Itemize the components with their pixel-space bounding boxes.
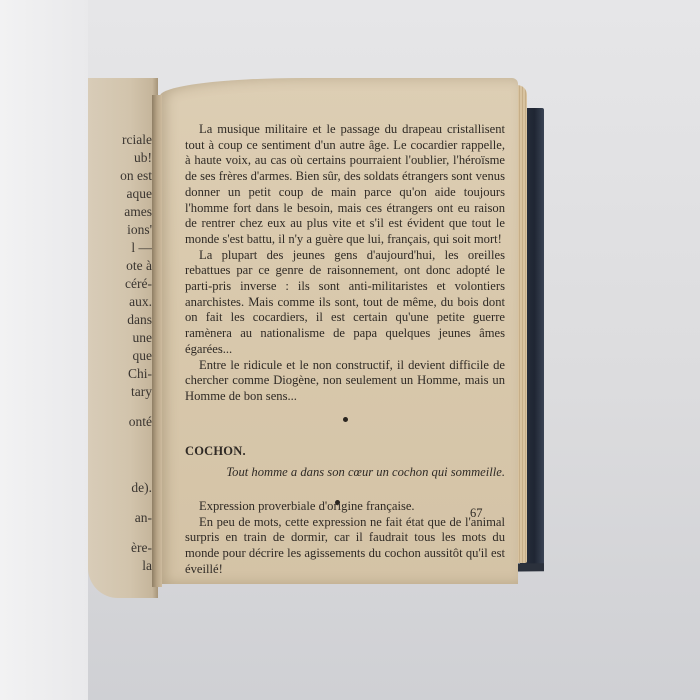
- section-ornament-dot: [343, 417, 348, 422]
- book-gutter: [152, 95, 162, 587]
- left-page-text-fragment: ère-: [131, 539, 152, 557]
- section-heading: COCHON.: [185, 444, 505, 460]
- end-ornament-dot: [335, 500, 340, 505]
- paragraph: Entre le ridicule et le non constructif,…: [185, 358, 505, 405]
- paragraph: Expression proverbiale d'origine françai…: [185, 499, 505, 515]
- paragraph: La plupart des jeunes gens d'aujourd'hui…: [185, 248, 505, 358]
- left-page-text-fragment: ions': [127, 221, 152, 239]
- left-page-text-fragment: que: [133, 347, 153, 365]
- left-page-text-fragment: aque: [127, 185, 152, 203]
- epigraph: Tout homme a dans son cœur un cochon qui…: [185, 465, 505, 481]
- left-page-text-fragment: on est: [120, 167, 152, 185]
- left-page-text-fragment: ote à: [126, 257, 152, 275]
- left-page-text-fragment: la: [142, 557, 152, 575]
- page-number: 67: [470, 506, 483, 521]
- left-page-text-fragment: tary: [131, 383, 152, 401]
- left-page-text-fragment: de).: [131, 479, 152, 497]
- left-page-text-fragment: ames: [124, 203, 152, 221]
- paragraph: En peu de mots, cette expression ne fait…: [185, 515, 505, 578]
- left-page-text-fragment: an-: [135, 509, 152, 527]
- left-page: rcialeub!on estaqueamesions'l —ote àcéré…: [88, 78, 158, 598]
- left-page-text-fragment: onté: [129, 413, 152, 431]
- left-page-text-fragment: dans: [127, 311, 152, 329]
- background: [0, 0, 88, 700]
- paragraph: La musique militaire et le passage du dr…: [185, 122, 505, 248]
- left-page-text-fragment: ub!: [134, 149, 152, 167]
- left-page-text-fragment: Chi-: [128, 365, 152, 383]
- left-page-text-fragment: rciale: [122, 131, 152, 149]
- left-page-text-fragment: l —: [131, 239, 152, 257]
- photo-scene: rcialeub!on estaqueamesions'l —ote àcéré…: [0, 0, 700, 700]
- left-page-text-fragment: céré-: [125, 275, 152, 293]
- right-page-text: La musique militaire et le passage du dr…: [185, 122, 505, 578]
- left-page-text-fragment: aux.: [129, 293, 152, 311]
- left-page-text-fragment: une: [133, 329, 153, 347]
